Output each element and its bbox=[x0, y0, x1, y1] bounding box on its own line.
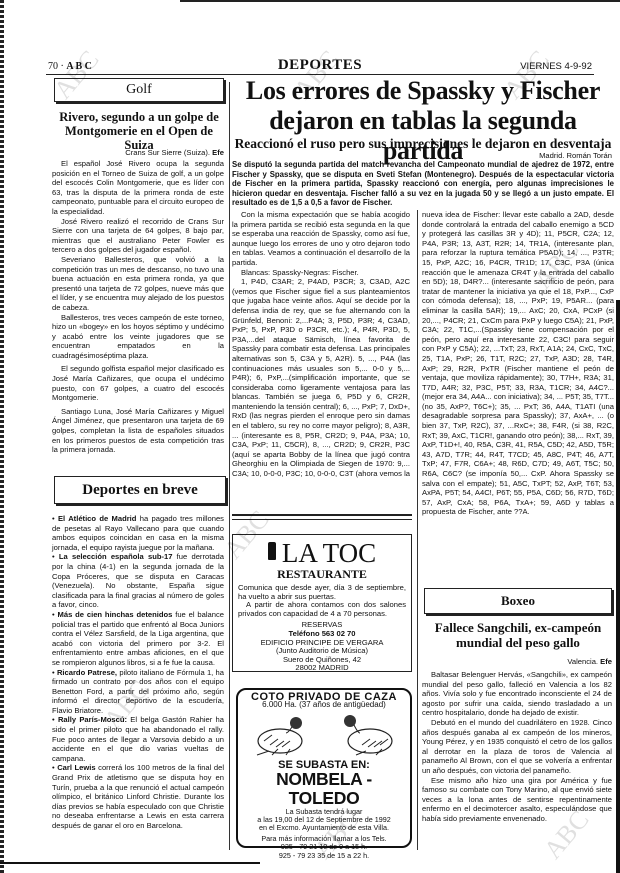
ad-coto-caza: COTO PRIVADO DE CAZA 6.000 Ha. (37 años … bbox=[236, 688, 412, 848]
ad-separator-rule bbox=[232, 519, 412, 520]
boxeo-section-label: Boxeo bbox=[424, 588, 612, 614]
golf-paragraph: Severiano Ballesteros, que volvió a la c… bbox=[52, 255, 224, 313]
chess-subheadline: Reaccionó el ruso pero sus imprecisiones… bbox=[232, 136, 614, 152]
golf-byline: Crans Sur Sierre (Suiza). Efe bbox=[50, 148, 224, 157]
chess-paragraph: nueva idea de Fischer: llevar este cabal… bbox=[422, 210, 614, 517]
breves-list: • El Atlético de Madrid ha pagado tres m… bbox=[52, 514, 224, 831]
golf-paragraph: Santiago Luna, José María Cañizares y Mi… bbox=[52, 407, 224, 455]
golf-paragraph: El español José Rivero ocupa la segunda … bbox=[52, 159, 224, 217]
breves-section-label: Deportes en breve bbox=[54, 476, 226, 504]
issue-date: VIERNES 4-9-92 bbox=[520, 61, 592, 72]
chess-paragraph: 1, P4D, C3AR; 2, P4AD, P3CR; 3, C3AD, A2… bbox=[232, 277, 410, 478]
ad-coto-size: 6.000 Ha. (37 años de antigüedad) bbox=[240, 701, 408, 709]
ad-la-toc-city: 28002 MADRID bbox=[238, 664, 406, 673]
chess-column-2: nueva idea de Fischer: llevar este cabal… bbox=[422, 210, 614, 517]
breve-item: • Carl Lewis correrá los 100 metros de l… bbox=[52, 763, 224, 830]
chess-lede: Se disputó la segunda partida del match … bbox=[232, 160, 614, 208]
partridge-icon bbox=[336, 711, 396, 757]
chess-column-1: Con la misma expectación que se había ac… bbox=[232, 210, 410, 479]
page-header: 70 · A B C DEPORTES VIERNES 4-9-92 bbox=[46, 60, 594, 75]
ad-la-toc-kind: RESTAURANTE bbox=[238, 567, 406, 581]
golf-paragraph: Ballesteros, tres veces campeón de este … bbox=[52, 313, 224, 361]
chess-byline: Madrid. Román Torán bbox=[232, 151, 612, 160]
chess-paragraph: Con la misma expectación que se había ac… bbox=[232, 210, 410, 268]
chess-paragraph: Blancas: Spassky-Negras: Fischer. bbox=[232, 268, 410, 278]
ad-la-toc-name: LA TOC bbox=[238, 539, 406, 567]
scan-top-rule bbox=[180, 0, 620, 2]
boxeo-paragraph: Debutó en el mundo del cuadrilátero en 1… bbox=[422, 718, 612, 776]
ad-coto-illustration bbox=[240, 709, 408, 759]
breve-item: • El Atlético de Madrid ha pagado tres m… bbox=[52, 514, 224, 552]
ad-coto-line: en el Excmo. Ayuntamiento de esta Villa. bbox=[240, 824, 408, 832]
boxeo-paragraph: Ese mismo año hizo una gira por América … bbox=[422, 776, 612, 824]
golf-paragraph: El segundo golfista español mejor clasif… bbox=[52, 364, 224, 402]
golf-headline: Rivero, segundo a un golpe de Montgomeri… bbox=[50, 110, 228, 152]
breve-item: • Rally París-Moscú: El belga Gastón Rah… bbox=[52, 715, 224, 763]
boxeo-byline: Valencia. Efe bbox=[422, 657, 612, 666]
column-divider bbox=[417, 210, 418, 850]
ad-separator-rule bbox=[232, 514, 412, 516]
ad-la-toc: LA TOC RESTAURANTE Comunica que desde ay… bbox=[232, 534, 412, 672]
breve-item: • Más de cien hinchas detenidos fue el b… bbox=[52, 610, 224, 668]
boxeo-headline: Fallece Sangchili, ex-campeón mundial de… bbox=[422, 620, 614, 650]
golf-paragraph: José Rivero realizó el recorrido de Cran… bbox=[52, 217, 224, 255]
partridge-icon bbox=[252, 711, 312, 757]
boxeo-paragraph: Baltasar Belenguer Hervás, «Sangchili», … bbox=[422, 670, 612, 718]
breve-item: • Ricardo Patrese, piloto italiano de Fó… bbox=[52, 668, 224, 716]
scan-right-edge bbox=[616, 300, 620, 873]
ad-coto-tel: 925 - 79 23 35 de 15 a 22 h. bbox=[240, 852, 408, 860]
bottle-icon bbox=[268, 542, 276, 560]
golf-section-label: Golf bbox=[54, 78, 224, 102]
ad-coto-place: NOMBELA - TOLEDO bbox=[240, 770, 408, 808]
scan-bottom-rule bbox=[0, 862, 260, 864]
boxeo-article-body: Baltasar Belenguer Hervás, «Sangchili», … bbox=[422, 670, 612, 824]
ad-la-toc-text: A partir de ahora contamos con dos salon… bbox=[238, 601, 406, 618]
golf-article-body: El español José Rivero ocupa la segunda … bbox=[52, 159, 224, 455]
section-title: DEPORTES bbox=[46, 57, 594, 74]
breve-item: • La selección española sub-17 fue derro… bbox=[52, 552, 224, 610]
column-divider bbox=[229, 82, 230, 850]
scan-left-edge bbox=[0, 0, 4, 873]
ad-la-toc-text: Comunica que desde ayer, día 3 de septie… bbox=[238, 584, 406, 601]
